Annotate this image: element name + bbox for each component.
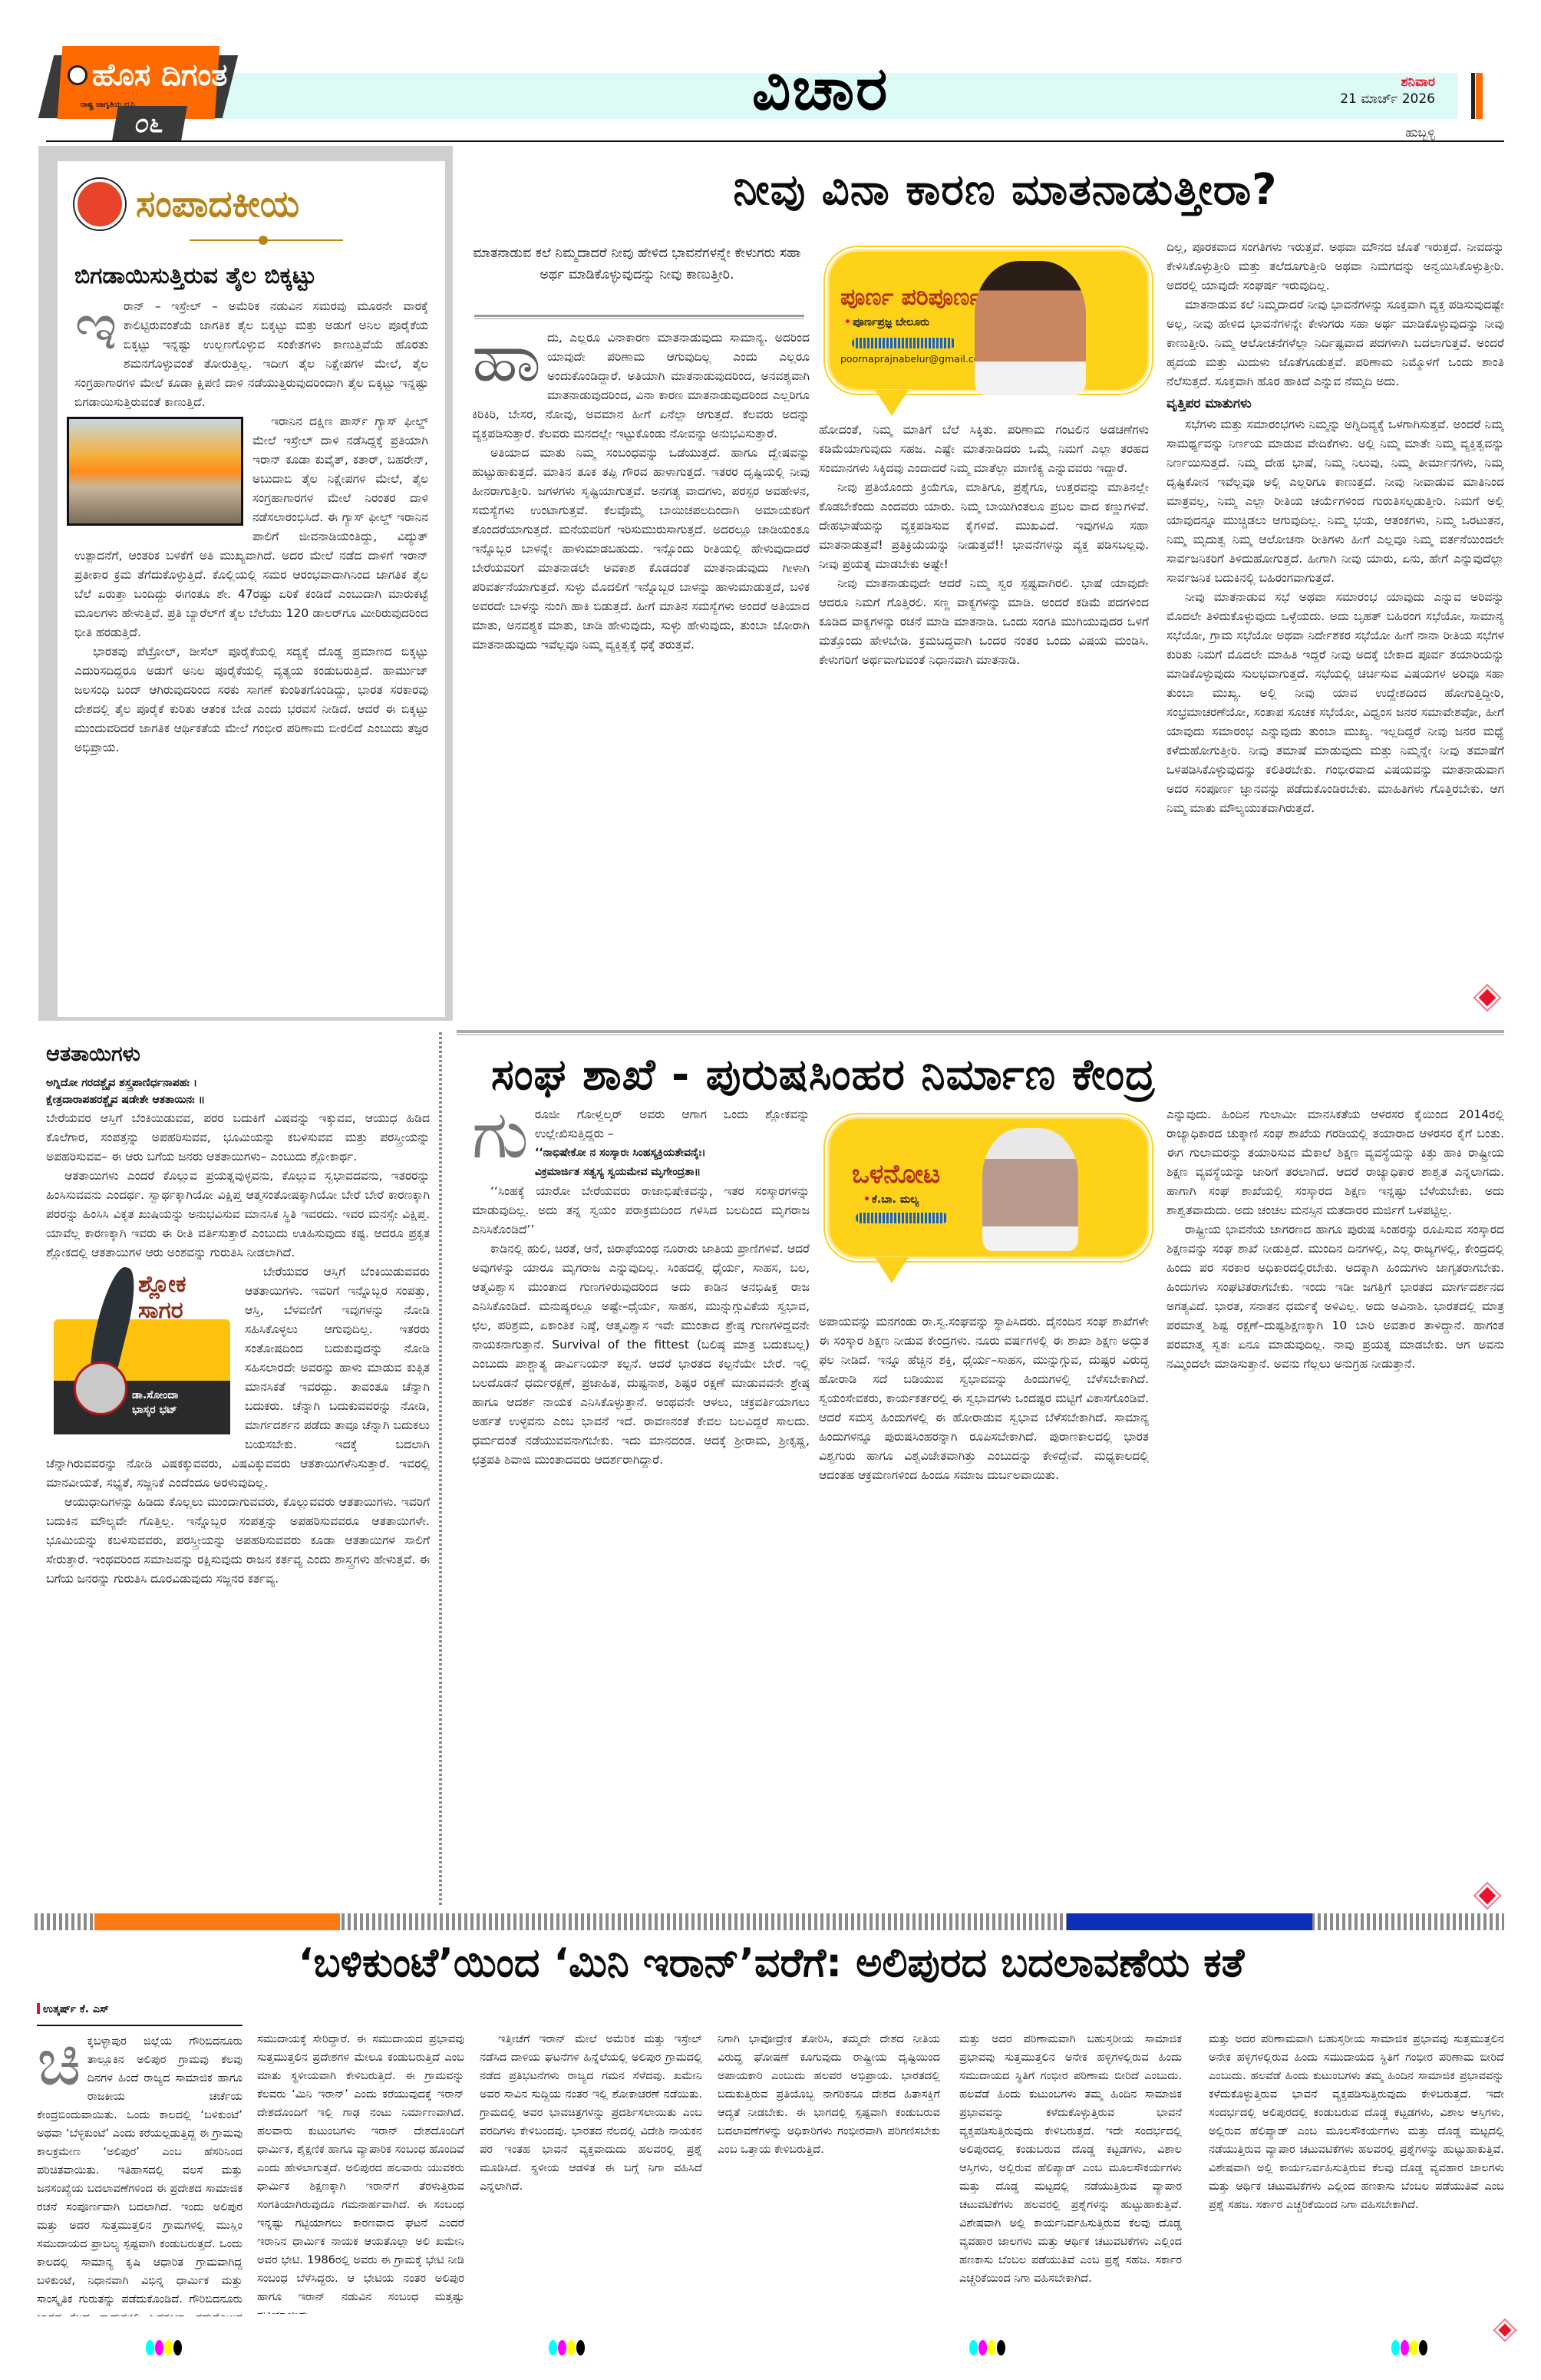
editorial-emblem-icon	[74, 179, 125, 229]
shloka-title[interactable]: ಆತತಾಯಿಗಳು	[46, 1042, 140, 1067]
sound-wave-icon	[856, 1213, 948, 1223]
ornament-divider	[190, 239, 343, 241]
section-divider	[457, 1030, 1504, 1035]
end-of-story-icon	[1499, 2324, 1512, 2337]
byline: ಉತ್ಕರ್ಷ್ ಕೆ. ಎಸ್	[37, 2003, 109, 2015]
yellow-dot	[988, 2340, 996, 2355]
paragraph: ನೀವು ಮಾತನಾಡುವ ಸಭೆ ಅಥವಾ ಸಮಾರಂಭ ಯಾವುದು ಎನ್…	[1166, 588, 1504, 818]
author-line: ಭಾಸ್ಕರ ಭಟ್	[132, 1403, 178, 1418]
column-separator	[439, 1032, 442, 1907]
alipura-col-3: ಇತ್ತೀಚೆಗೆ ಇರಾನ್ ಮೇಲೆ ಅಮೆರಿಕ ಮತ್ತು ಇಸ್ರೇಲ…	[480, 2030, 702, 2314]
paragraph: ರಾನ್ – ಇಸ್ರೇಲ್ – ಅಮೆರಿಕ ನಡುವಿನ ಸಮರವು ಮೂರ…	[74, 297, 428, 412]
weekday: ಶನಿವಾರ	[1340, 74, 1435, 90]
paragraph: ‘‘ಸಿಂಹಕ್ಕೆ ಯಾರೋ ಬೇರೆಯವರು ರಾಜಾಭಿಷೇಕವನ್ನು,…	[472, 1182, 810, 1240]
registration-mark	[146, 2340, 182, 2355]
end-of-story-icon	[1479, 1887, 1496, 1905]
paragraph: ಅತಿಯಾದ ಮಾತು ನಿಮ್ಮ ಸಂಬಂಧವನ್ನು ಒಡೆಯುತ್ತದೆ.…	[472, 444, 810, 655]
alipura-col-4: ನಿಗಾಗಿ ಭಾವೋದ್ರೇಕ ತೋರಿಸಿ, ತಮ್ಮದೇ ದೇಶದ ನೀತ…	[718, 2030, 940, 2314]
alipura-col-5: ಮತ್ತು ಅದರ ಪರಿಣಾಮವಾಗಿ ಬಹುಸ್ತರೀಯ ಸಾಮಾಜಿಕ ಪ…	[959, 2030, 1182, 2314]
editorial-header: ಸಂಪಾದಕೀಯ	[74, 173, 428, 235]
alipura-col-1: ಚಿ ಕ್ಕಬಳ್ಳಾಪುರ ಜಿಲ್ಲೆಯ ಗೌರಿಬಿದನೂರು ತಾಲ್ಲ…	[37, 2032, 243, 2316]
paragraph: ಸಭೆಗಳು ಮತ್ತು ಸಮಾರಂಭಗಳು ನಿಮ್ಮನ್ನು ಅಗ್ನಿದಿ…	[1166, 415, 1504, 588]
black-dot	[173, 2340, 182, 2355]
author-line: ಡಾ.ಸೋಂದಾ	[132, 1388, 178, 1403]
black-dot	[997, 2340, 1005, 2355]
author-portrait	[982, 1128, 1078, 1251]
paragraph: ರಾಷ್ಟ್ರೀಯ ಭಾವನೆಯ ಜಾಗರಣದ ಹಾಗೂ ಪುರುಷ ಸಿಂಹರ…	[1166, 1220, 1504, 1374]
registration-mark	[969, 2340, 1005, 2355]
paper-name: ಹೊಸ ದಿಗಂತ	[92, 58, 227, 93]
color-bar-blue-segment	[1067, 1913, 1312, 1930]
dropcap: ಚಿ	[37, 2034, 81, 2091]
subheading: ವೃತ್ತಿಪರ ಮಾತುಗಳು	[1166, 394, 1504, 414]
sangha-article-headline[interactable]: ಸಂಘ ಶಾಖೆ - ಪುರುಷಸಿಂಹರ ನಿರ್ಮಾಣ ಕೇಂದ್ರ	[491, 1050, 1504, 1101]
main-article-col-3: ದಿಲ್ಲ, ಪೂರಕವಾದ ಸಂಗತಿಗಳು ಇರುತ್ತವೆ. ಅಥವಾ ಮ…	[1166, 238, 1504, 1013]
editorial-body: ಇ ರಾನ್ – ಇಸ್ರೇಲ್ – ಅಮೆರಿಕ ನಡುವಿನ ಸಮರವು ಮ…	[74, 297, 428, 758]
badge-title: ಶ್ಲೋಕ ಸಾಗರ	[138, 1272, 186, 1324]
dropcap: ಹಾ	[472, 330, 541, 387]
paragraph: ಮಾತನಾಡುವ ಕಲೆ ನಿಮ್ಮದಾದರೆ ನೀವು ಭಾವನೆಗಳನ್ನು…	[1166, 295, 1504, 391]
editorial-headline[interactable]: ಬಿಗಡಾಯಿಸುತ್ತಿರುವ ತೈಲ ಬಿಕ್ಕಟ್ಟು	[74, 262, 428, 289]
bubble-tail	[875, 1257, 909, 1283]
alipura-article-headline[interactable]: ‘ಬಳಿಕುಂಟೆ’ಯಿಂದ ‘ಮಿನಿ ಇರಾನ್’ವರೆಗೆ: ಅಲಿಪುರ…	[77, 1940, 1466, 1987]
sangha-article-col-3: ಎನ್ನುವುದು. ಹಿಂದಿನ ಗುಲಾಮೀ ಮಾನಸಿಕತೆಯ ಆಳರಸರ…	[1166, 1105, 1504, 1888]
column-author: ಕೆ.ಬಾ. ಮಲ್ಯ	[863, 1193, 919, 1206]
main-article-intro: ಮಾತನಾಡುವ ಕಲೆ ನಿಮ್ಮದಾದರೆ ನೀವು ಹೇಳಿದ ಭಾವನೆ…	[472, 243, 802, 286]
badge-title-line: ಸಾಗರ	[138, 1298, 186, 1324]
main-article-headline[interactable]: ನೀವು ವಿನಾ ಕಾರಣ ಮಾತನಾಡುತ್ತೀರಾ?	[545, 165, 1466, 216]
masthead-accent-orange	[1476, 73, 1483, 119]
badge-title-line: ಶ್ಲೋಕ	[138, 1272, 186, 1298]
byline-rule	[37, 2025, 243, 2026]
paragraph: ನೀವು ಪ್ರತಿಯೊಂದು ಕ್ರಿಯೆಗೂ, ಮಾತಿಗೂ, ಪ್ರಶ್ನ…	[819, 478, 1149, 574]
paper-logo[interactable]: ಹೊಸ ದಿಗಂತ	[68, 58, 227, 93]
dropcap: ಇ	[74, 299, 117, 355]
yellow-dot	[567, 2340, 576, 2355]
editorial-box: ಸಂಪಾದಕೀಯ ಬಿಗಡಾಯಿಸುತ್ತಿರುವ ತೈಲ ಬಿಕ್ಕಟ್ಟು …	[58, 161, 445, 1017]
section-title: ವಿಚಾರ	[752, 59, 889, 119]
cyan-dot	[969, 2340, 978, 2355]
paragraph: ಹೋದಂತೆ, ನಿಮ್ಮ ಮಾತಿಗೆ ಬೆಲೆ ಸಿಕ್ಕಿತು. ಪರಿಣ…	[819, 421, 1149, 478]
registration-mark	[549, 2340, 585, 2355]
paragraph: ನೀವು ಮಾತನಾಡುವುದೇ ಆದರೆ ನಿಮ್ಮ ಸ್ವರ ಸ್ಪಷ್ಟವ…	[819, 574, 1149, 670]
magenta-dot	[1401, 2340, 1409, 2355]
paragraph: ಬೇರೆಯವರ ಆಸ್ತಿಗೆ ಬೆಂಕಿಯಿಡುವವ, ಪರರ ಬದುಕಿಗೆ…	[46, 1109, 430, 1167]
verse-line: ಕ್ಷೇತ್ರದಾರಾಪಹರಶ್ಚೈವ ಷಡೇತೇ ಆತತಾಯಿನಃ ॥	[46, 1091, 205, 1108]
dateline: ಶನಿವಾರ 21 ಮಾರ್ಚ್ 2026	[1340, 74, 1435, 107]
paragraph: ಭಾರತವು ಪೆಟ್ರೋಲ್, ಡೀಸೆಲ್ ಪೂರೈಕೆಯಲ್ಲಿ ಸದ್ಯ…	[74, 642, 428, 758]
paragraph: ಕಾಡಿನಲ್ಲಿ ಹುಲಿ, ಚಿರತೆ, ಆನೆ, ಜಿರಾಫೆಯಂಥ ನೂ…	[472, 1240, 810, 1470]
masthead-rule	[46, 140, 1504, 142]
sangha-article-col-2: ಅಪಾಯವನ್ನು ಮನಗಂಡು ರಾ.ಸ್ವ.ಸಂಘವನ್ನು ಸ್ಥಾಪಿಸ…	[819, 1312, 1149, 1888]
bubble-tail	[875, 390, 909, 416]
paragraph: ಆಯುಧಾದಿಗಳನ್ನು ಹಿಡಿದು ಕೊಲ್ಲಲು ಮುಂದಾಗುವವರು…	[46, 1493, 430, 1589]
badge-author: ಡಾ.ಸೋಂದಾ ಭಾಸ್ಕರ ಭಟ್	[132, 1388, 178, 1418]
paragraph: ಮತ್ತು ಅದರ ಪರಿಣಾಮವಾಗಿ ಬಹುಸ್ತರೀಯ ಸಾಮಾಜಿಕ ಪ…	[959, 2030, 1182, 2288]
yellow-dot	[1410, 2340, 1418, 2355]
cyan-dot	[549, 2340, 557, 2355]
author-email[interactable]: poornaprajnabelur@gmail.com	[840, 353, 989, 365]
verse-line: ಅಗ್ನಿದೋ ಗರದಶ್ಚೈವ ಶಸ್ತ್ರಪಾಣಿರ್ಧನಾಪಹಃ ।	[46, 1074, 205, 1091]
page-number: ೦೬	[112, 106, 187, 141]
sangha-article-col-1: ಗು ರೂಜೀ ಗೋಳ್ವಲ್ಕರ್ ಅವರು ಆಗಾಗ ಒಂದು ಶ್ಲೋಕವ…	[472, 1105, 810, 1888]
masthead-accent-dark	[1471, 73, 1475, 119]
shloka-body: ಬೇರೆಯವರ ಆಸ್ತಿಗೆ ಬೆಂಕಿಯಿಡುವವ, ಪರರ ಬದುಕಿಗೆ…	[46, 1109, 430, 1907]
paper-emblem-icon	[68, 65, 87, 85]
dropcap: ಗು	[472, 1107, 529, 1164]
black-dot	[576, 2340, 585, 2355]
cyan-dot	[146, 2340, 154, 2355]
black-dot	[1419, 2340, 1427, 2355]
paragraph: ಆತತಾಯಿಗಳು ಎಂದರೆ ಕೊಲ್ಲುವ ಪ್ರಯತ್ನವುಳ್ಳವನು,…	[46, 1167, 430, 1263]
paragraph: ನಿಗಾಗಿ ಭಾವೋದ್ರೇಕ ತೋರಿಸಿ, ತಮ್ಮದೇ ದೇಶದ ನೀತ…	[718, 2030, 940, 2159]
magenta-dot	[978, 2340, 987, 2355]
registration-mark	[1391, 2340, 1427, 2355]
magenta-dot	[558, 2340, 566, 2355]
edition-city: ಹುಬ್ಬಳ್ಳಿ	[1405, 125, 1435, 140]
magenta-dot	[155, 2340, 163, 2355]
paragraph: ಸಮುದಾಯಕ್ಕೆ ಸೇರಿದ್ದಾರೆ. ಈ ಸಮುದಾಯದ ಪ್ರಭಾವವ…	[257, 2030, 464, 2314]
alipura-col-2: ಸಮುದಾಯಕ್ಕೆ ಸೇರಿದ್ದಾರೆ. ಈ ಸಮುದಾಯದ ಪ್ರಭಾವವ…	[257, 2030, 464, 2314]
paragraph: ಅಪಾಯವನ್ನು ಮನಗಂಡು ರಾ.ಸ್ವ.ಸಂಘವನ್ನು ಸ್ಥಾಪಿಸ…	[819, 1312, 1149, 1485]
sound-wave-icon	[852, 338, 955, 348]
author-portrait	[74, 1362, 127, 1415]
paragraph: ದಿಲ್ಲ, ಪೂರಕವಾದ ಸಂಗತಿಗಳು ಇರುತ್ತವೆ. ಅಥವಾ ಮ…	[1166, 238, 1504, 295]
author-portrait	[975, 261, 1086, 395]
paragraph: ಇತ್ತೀಚೆಗೆ ಇರಾನ್ ಮೇಲೆ ಅಮೆರಿಕ ಮತ್ತು ಇಸ್ರೇಲ…	[480, 2030, 702, 2196]
main-article-col-2: ಹೋದಂತೆ, ನಿಮ್ಮ ಮಾತಿಗೆ ಬೆಲೆ ಸಿಕ್ಕಿತು. ಪರಿಣ…	[819, 421, 1149, 1019]
oil-field-fire-photo	[67, 417, 243, 526]
color-bar-orange-segment	[94, 1913, 340, 1930]
column-author: ಪೂರ್ಣಪ್ರಜ್ಞ ಬೇಲೂರು	[844, 316, 929, 328]
shloka-sagara-badge: ಶ್ಲೋಕ ಸಾಗರ ಡಾ.ಸೋಂದಾ ಭಾಸ್ಕರ ಭಟ್	[46, 1266, 234, 1442]
masthead: ಹೊಸ ದಿಗಂತ ರಾಷ್ಟ್ರ ಜಾಗೃತಿಯ ಧ್ವನಿ ೦೬ ವಿಚಾರ…	[23, 42, 1520, 142]
date: 21 ಮಾರ್ಚ್ 2026	[1340, 91, 1435, 107]
alipura-col-6: ಮತ್ತು ಅದರ ಪರಿಣಾಮವಾಗಿ ಬಹುಸ್ತರೀಯ ಸಾಮಾಜಿಕ ಪ…	[1209, 2030, 1504, 2314]
yellow-dot	[164, 2340, 173, 2355]
column-name: ಪೂರ್ಣ ಪರಿಪೂರ್ಣ	[840, 284, 982, 311]
shloka-verse: ಅಗ್ನಿದೋ ಗರದಶ್ಚೈವ ಶಸ್ತ್ರಪಾಣಿರ್ಧನಾಪಹಃ । ಕ್…	[46, 1074, 205, 1108]
cyan-dot	[1391, 2340, 1400, 2355]
main-article-col-1: ಹಾ ದು, ಎಲ್ಲರೂ ವಿನಾಕಾರಣ ಮಾತನಾಡುವುದು ಸಾಮಾನ…	[472, 328, 810, 1019]
intro-rule	[474, 315, 804, 319]
column-name: ಒಳನೋಟ	[852, 1159, 940, 1190]
editorial-label: ಸಂಪಾದಕೀಯ	[136, 183, 299, 226]
paragraph: ಮತ್ತು ಅದರ ಪರಿಣಾಮವಾಗಿ ಬಹುಸ್ತರೀಯ ಸಾಮಾಜಿಕ ಪ…	[1209, 2030, 1504, 2214]
paragraph: ಎನ್ನುವುದು. ಹಿಂದಿನ ಗುಲಾಮೀ ಮಾನಸಿಕತೆಯ ಆಳರಸರ…	[1166, 1105, 1504, 1220]
